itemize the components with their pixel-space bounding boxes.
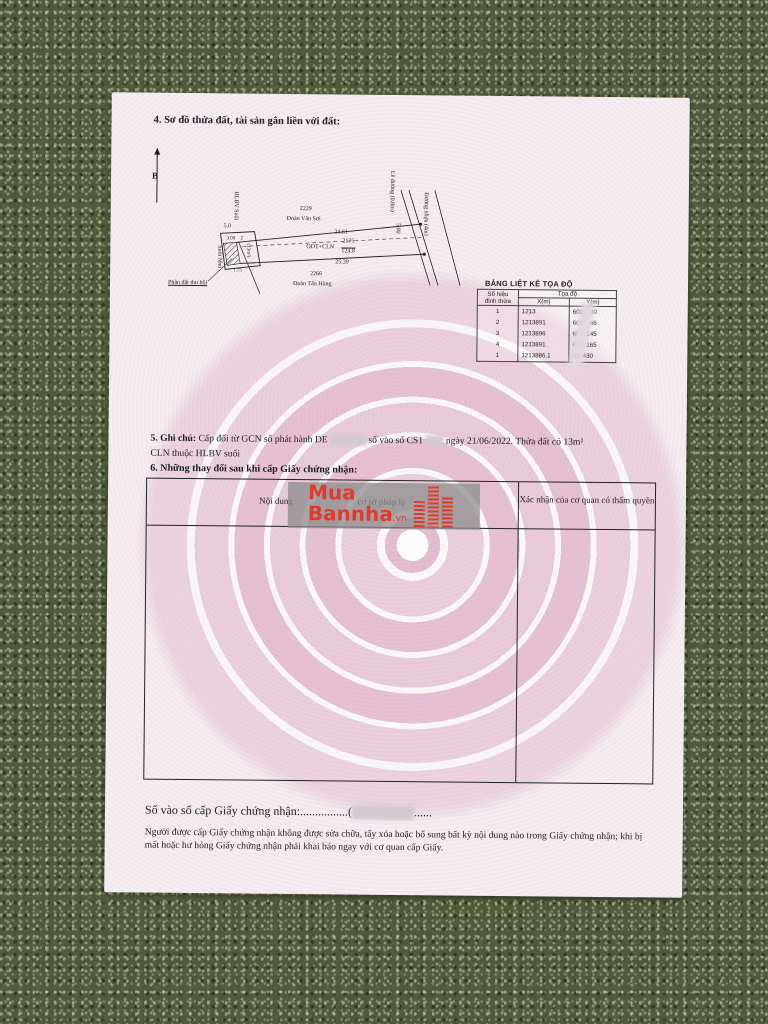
label-parcel-south-id: 2266 <box>310 271 322 277</box>
watermark-line1: Mua <box>308 482 356 502</box>
footer-note: Người được cấp Giấy chứng nhận không đượ… <box>145 826 645 857</box>
coord-row: 1 1213886.1 60 .430 <box>477 350 616 363</box>
label-bottom-length: 25.39 <box>335 259 349 265</box>
label-area-13: (13m²) <box>245 244 250 258</box>
coord-header-vertex: Số hiệu đỉnh thửa <box>477 289 518 305</box>
label-parcel-id: 2175 <box>342 238 354 244</box>
label-top-length: 24.61 <box>334 229 348 235</box>
label-parcel-area: 124.8 <box>341 247 355 254</box>
building-icon <box>414 501 425 527</box>
section5-text-c: ngày 21/06/2022. Thửa đất có 13m² <box>446 435 584 447</box>
building-icon <box>428 486 439 527</box>
label-seg-175: 1.75 <box>233 268 242 273</box>
redaction-blur: xxxx <box>330 434 366 445</box>
muabannha-watermark: Mua Bannha.vn <box>288 482 480 530</box>
label-seg-309: 3.09 <box>226 236 235 241</box>
label-parcel-north-id: 2229 <box>300 206 312 212</box>
section5-label: 5. Ghi chú: <box>150 433 196 444</box>
label-land-use: ODT+CLN <box>306 244 334 250</box>
label-duong-nhua: Đường nhựa (4m) <box>422 192 428 235</box>
label-phan-dat-thu-hoi: Phần đất thu hồi <box>168 280 207 286</box>
coord-table: Số hiệu đỉnh thửa Tọa độ X(m) Y(m) 1 121… <box>476 289 617 363</box>
label-parcel-north-owner: Đoàn Văn Sơi <box>287 216 321 222</box>
label-left-width: 5.0 <box>224 223 232 229</box>
label-hlbv-suoi: HLBV Suối <box>233 191 239 220</box>
watermark-line2: Bannha.vn <box>308 502 407 530</box>
section6-title: 6. Những thay đổi sau khi cấp Giấy chứng… <box>150 463 357 476</box>
register-number-line: Số vào sổ cấp Giấy chứng nhận:..........… <box>145 803 432 821</box>
label-parcel-south-owner: Đoàn Tấn Hùng <box>293 281 332 287</box>
certificate-page: 4. Sơ đồ thửa đất, tài sản gắn liền với … <box>104 92 690 898</box>
label-le-duong: Lề đường (0.8m) <box>389 171 395 212</box>
redaction-blur: xx <box>425 435 443 446</box>
section5-line2: CLN thuộc HLBV suối <box>150 448 240 460</box>
coord-table-title: BẢNG LIỆT KÊ TỌA ĐỘ <box>485 279 573 289</box>
redaction-blur: xxxxxxx <box>352 805 414 821</box>
building-icon <box>442 497 453 527</box>
section5-text-b: số vào sổ CS1 <box>368 435 423 447</box>
header-confirmation: Xác nhận của cơ quan có thẩm quyền <box>519 492 655 507</box>
label-vertex-2: 2 <box>240 236 243 241</box>
north-label: B <box>152 171 158 181</box>
section5-text-a: Cấp đổi từ GCN số phát hành DE <box>198 433 327 445</box>
label-suoi-nho: Suối Nhỏ <box>216 245 222 268</box>
label-right-width: 5.00 <box>395 223 401 234</box>
